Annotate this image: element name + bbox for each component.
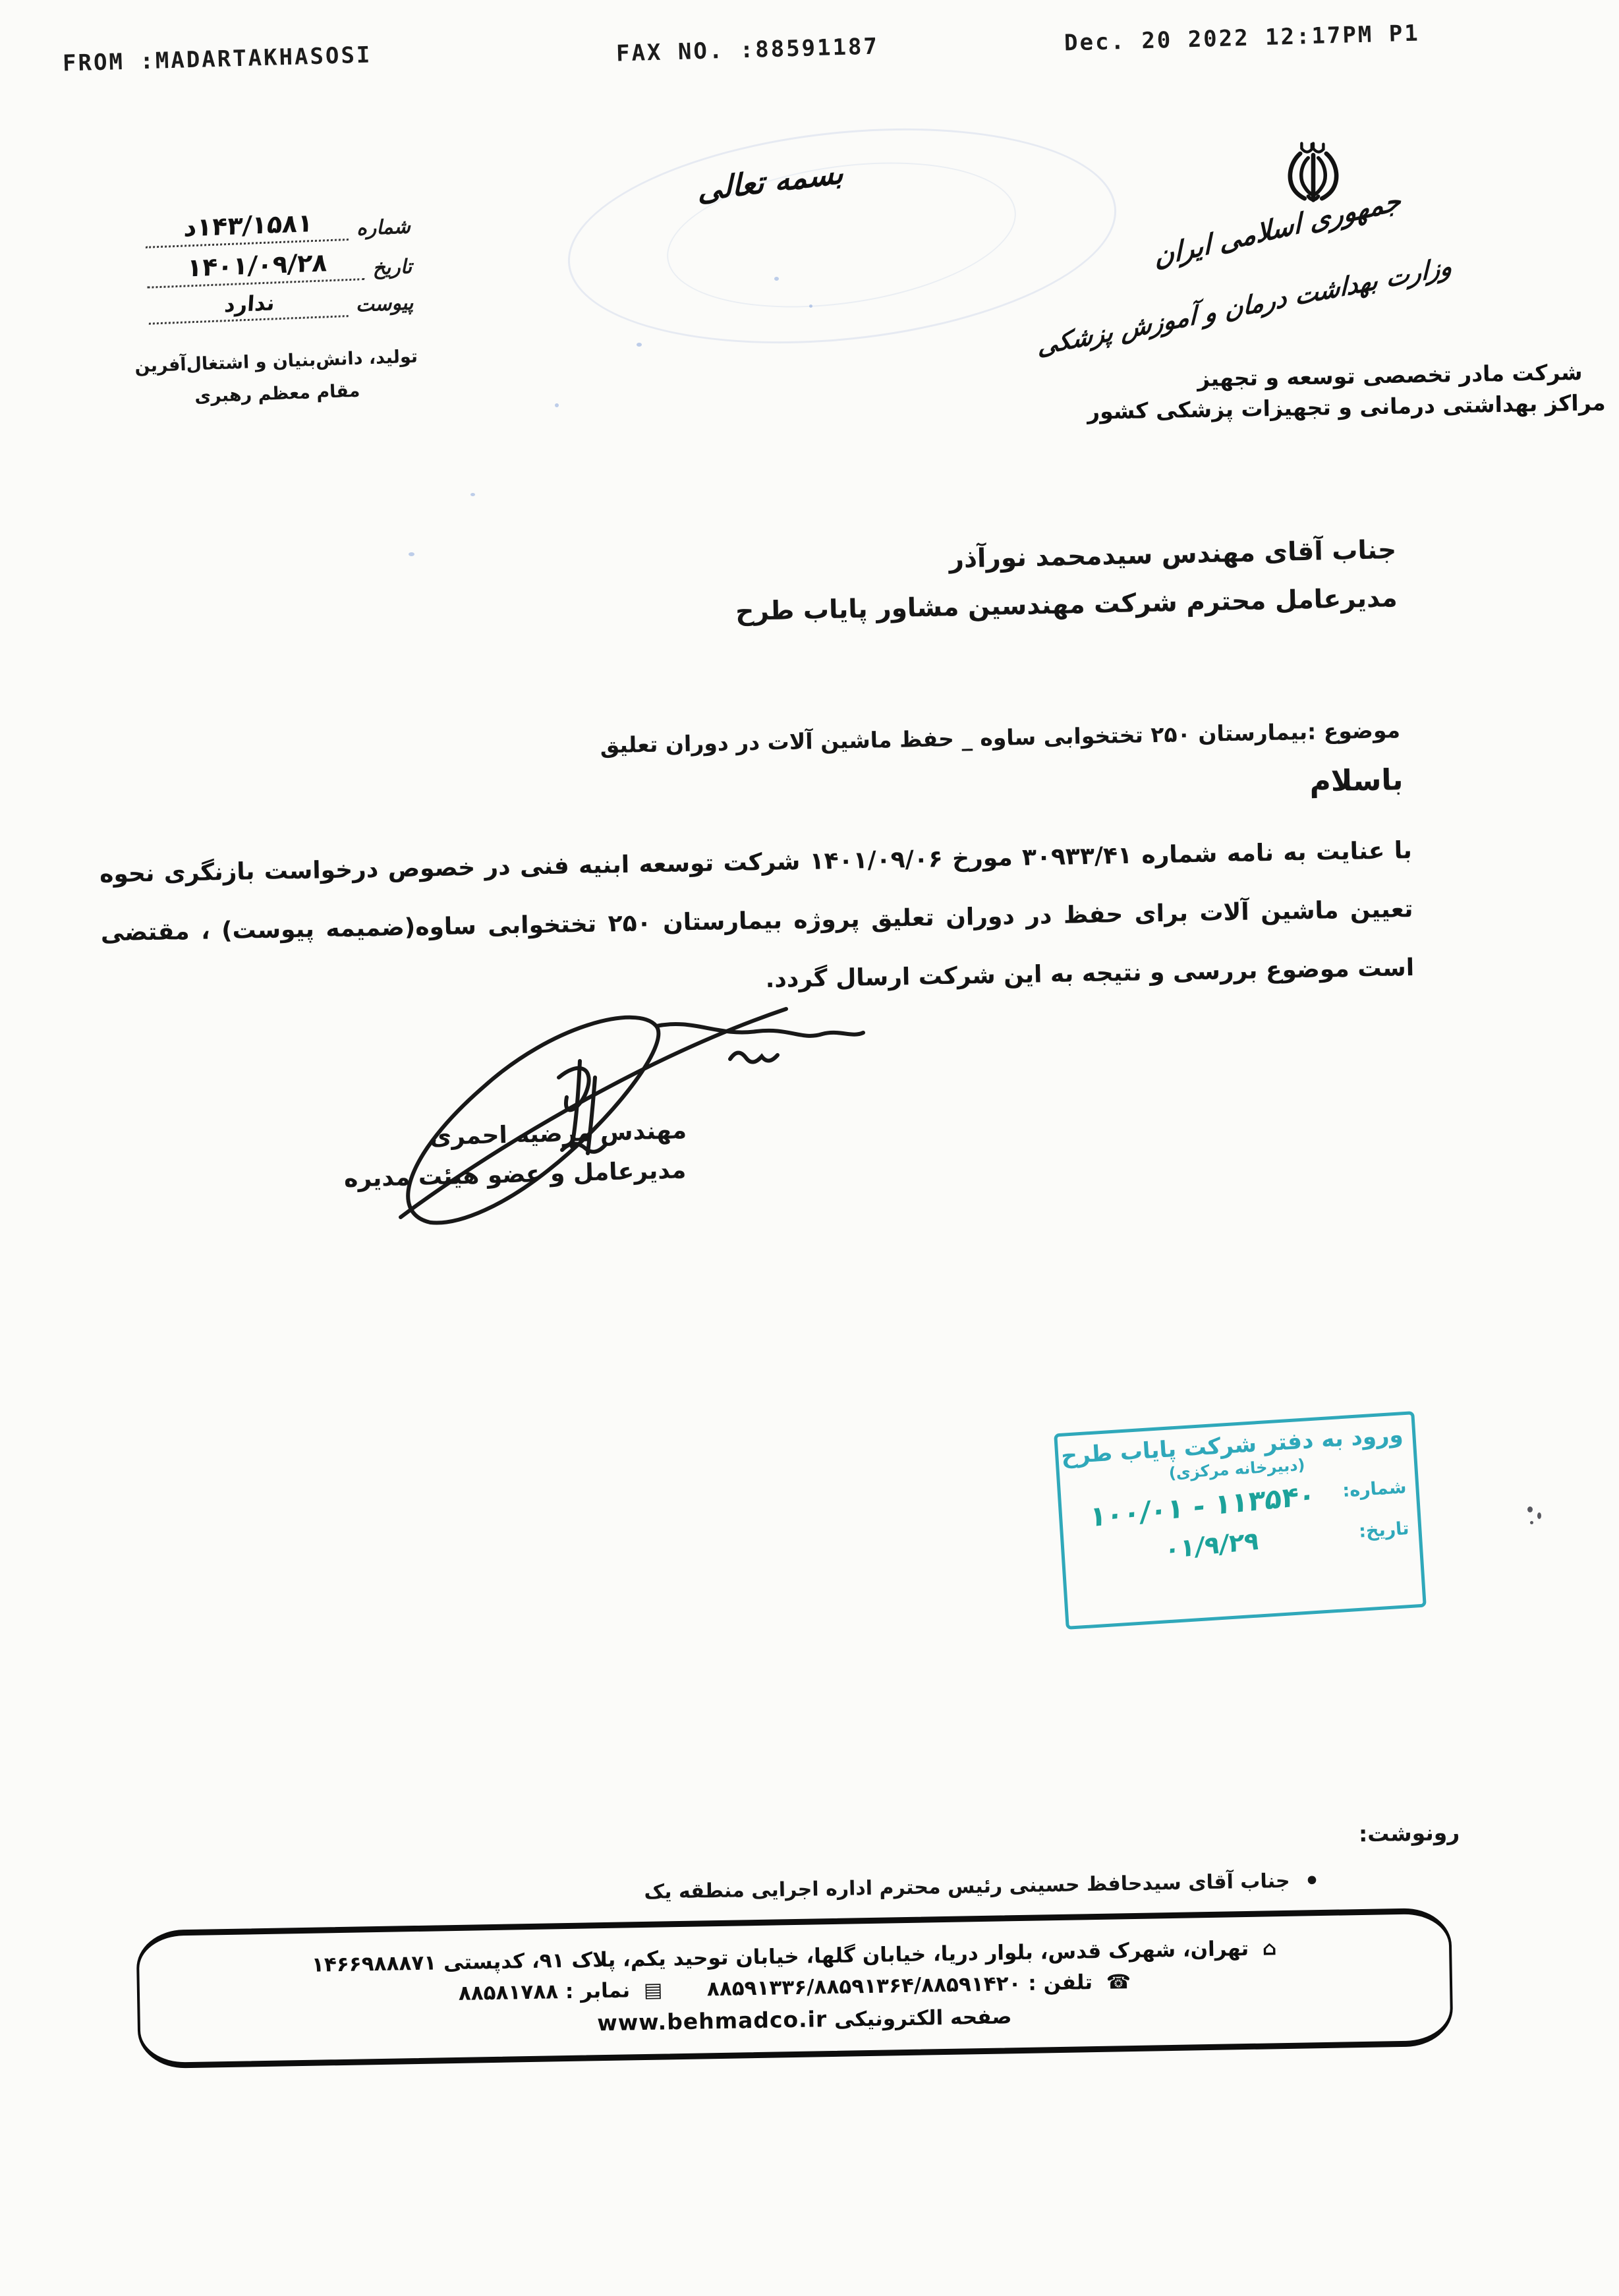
fax-header-datetime: Dec. 20 2022 12:17PM P1 (1064, 20, 1421, 56)
handwritten-signature (361, 998, 875, 1236)
ref-number-label: شماره (356, 215, 411, 240)
slogan-line2: مقام معظم رهبری (135, 378, 419, 409)
ref-attachment-value: ندارد (149, 287, 350, 325)
fax-icon: ▤ (644, 1978, 663, 2001)
footer-fax-label: نمابر : (565, 1978, 631, 2003)
salutation: باسلام (1309, 763, 1404, 798)
fax-header-number: FAX NO. :88591187 (616, 33, 880, 67)
footer-phone-numbers: ۸۸۵۹۱۳۳۶/۸۸۵۹۱۳۶۴/۸۸۵۹۱۴۲۰ (707, 1972, 1021, 2001)
ink-speck (1530, 1521, 1533, 1524)
ref-date-label: تاریخ (372, 255, 412, 279)
address-icon: ⌂ (1263, 1937, 1277, 1960)
ref-date-row: تاریخ ۱۴۰۱/۰۹/۲۸ (148, 244, 412, 288)
subject-line: موضوع :بیمارستان ۲۵۰ تختخوابی ساوه _ حفظ… (600, 717, 1401, 758)
ink-speck (409, 552, 414, 556)
ref-number-value: ۱۴۳/۱۵۸۱د (146, 207, 351, 248)
secretariat-entry-stamp: ورود به دفتر شرکت پایاب طرح (دبیرخانه مر… (1054, 1411, 1427, 1630)
ink-speck (470, 493, 475, 496)
reference-block: شماره ۱۴۳/۱۵۸۱د تاریخ ۱۴۰۱/۰۹/۲۸ پیوست ن… (146, 204, 414, 331)
fax-header-from: FROM :MADARTAKHASOSI (63, 42, 372, 76)
scanned-fax-letter: FROM :MADARTAKHASOSI FAX NO. :88591187 D… (0, 0, 1619, 2296)
letter-body: با عنایت به نامه شماره ۳۰۹۳۳/۴۱ مورخ ۱۴۰… (99, 821, 1415, 1021)
ink-speck (555, 403, 559, 407)
ink-speck (637, 343, 642, 347)
ink-speck (774, 277, 779, 281)
phone-icon: ☎ (1106, 1970, 1131, 1994)
ink-speck (1527, 1507, 1533, 1512)
stamp-date-label: تاریخ: (1358, 1518, 1409, 1542)
recipient-block: جناب آقای مهندس سیدمحمد نورآذر مدیرعامل … (735, 535, 1398, 627)
footer-web-label: صفحه الکترونیکی (834, 2005, 1012, 2032)
footer-fax-number: ۸۸۵۸۱۷۸۸ (458, 1980, 558, 2005)
footer-phone-label: تلفن : (1028, 1970, 1093, 1995)
cc-bullet-icon: • (1304, 1868, 1320, 1895)
footer-separator (669, 1995, 700, 1996)
slogan-line1: تولید، دانش‌بنیان و اشتغال‌آفرین (134, 347, 418, 377)
cc-item: •جناب آقای سیدحافظ حسینی رئیس محترم ادار… (644, 1868, 1320, 1907)
recipient-name: جناب آقای مهندس سیدمحمد نورآذر (735, 535, 1397, 579)
ref-number-row: شماره ۱۴۳/۱۵۸۱د (146, 204, 411, 248)
ink-speck (809, 304, 812, 308)
cc-label: رونوشت: (1358, 1820, 1460, 1847)
stamp-number-label: شماره: (1342, 1477, 1407, 1501)
footer-web-url: www.behmadco.ir (597, 2006, 828, 2036)
recipient-title: مدیرعامل محترم شرکت مهندسین مشاور پایاب … (735, 583, 1398, 627)
org-name-line2: مراکز بهداشتی درمانی و تجهیزات پزشکی کشو… (1087, 389, 1606, 424)
ink-speck (1537, 1512, 1541, 1519)
year-slogan: تولید، دانش‌بنیان و اشتغال‌آفرین مقام مع… (134, 347, 420, 409)
cc-item-text: جناب آقای سیدحافظ حسینی رئیس محترم اداره… (644, 1870, 1290, 1904)
ref-attachment-row: پیوست ندارد (149, 285, 413, 324)
footer-contact-box: ⌂ تهران، شهرک قدس، بلوار دریا، خیابان گل… (136, 1908, 1453, 2069)
org-name-line1: شرکت مادر تخصصی توسعه و تجهیز (1197, 359, 1583, 391)
ref-date-value: ۱۴۰۱/۰۹/۲۸ (147, 246, 366, 289)
ref-attachment-label: پیوست (355, 291, 414, 316)
